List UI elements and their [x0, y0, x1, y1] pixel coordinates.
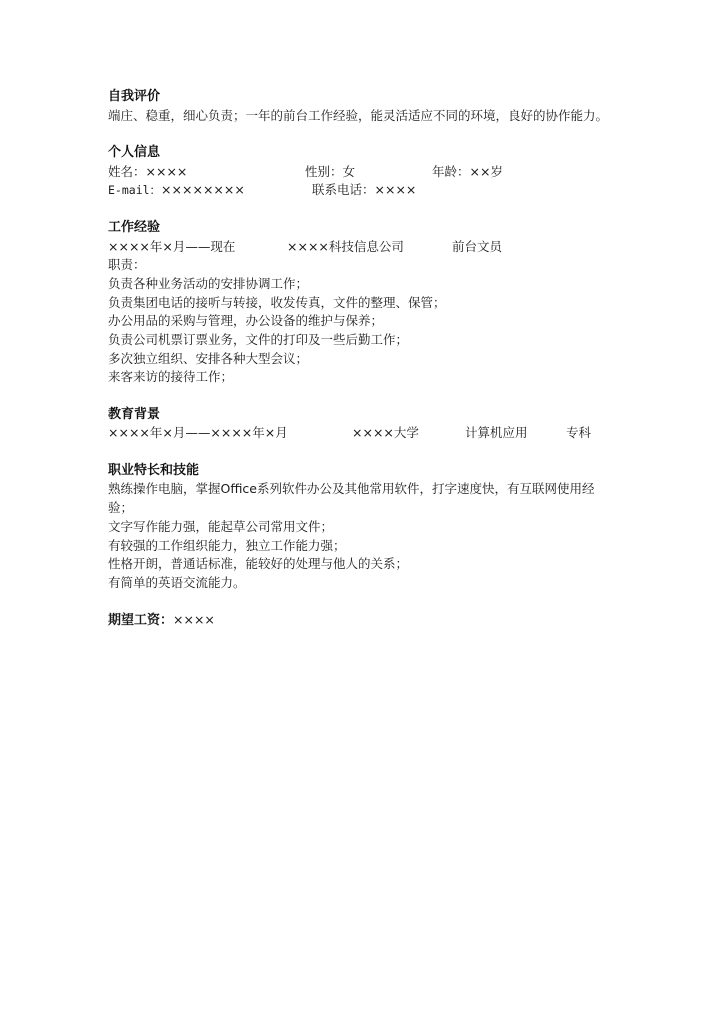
self-evaluation-text: 端庄、稳重，细心负责；一年的前台工作经验，能灵活适应不同的环境，良好的协作能力。	[108, 107, 648, 126]
personal-info-row-1: 姓名：×××× 性别：女 年龄：××岁	[108, 163, 648, 182]
self-evaluation-section: 自我评价 端庄、稳重，细心负责；一年的前台工作经验，能灵活适应不同的环境，良好的…	[108, 88, 648, 125]
duty-item: 办公用品的采购与管理，办公设备的维护与保养；	[108, 312, 648, 331]
work-period: ××××年×月——现在	[108, 238, 235, 257]
self-evaluation-heading: 自我评价	[108, 88, 648, 107]
education-heading: 教育背景	[108, 406, 648, 425]
education-school: ××××大学	[352, 424, 419, 443]
phone-field: 联系电话：××××	[312, 181, 416, 200]
skill-item: 有较强的工作组织能力，独立工作能力强；	[108, 537, 648, 556]
expected-salary: 期望工资：××××	[108, 611, 648, 630]
email-field: E-mail：××××××××	[108, 181, 245, 200]
skills-section: 职业特长和技能 熟练操作电脑，掌握Office系列软件办公及其他常用软件，打字速…	[108, 462, 648, 593]
education-section: 教育背景 ××××年×月——××××年×月 ××××大学 计算机应用 专科	[108, 406, 648, 443]
name-field: 姓名：××××	[108, 163, 187, 182]
duty-item: 多次独立组织、安排各种大型会议；	[108, 350, 648, 369]
education-major: 计算机应用	[465, 424, 528, 443]
skills-heading: 职业特长和技能	[108, 462, 648, 481]
work-experience-heading: 工作经验	[108, 219, 648, 238]
work-company: ××××科技信息公司	[287, 238, 404, 257]
age-field: 年龄：××岁	[432, 163, 503, 182]
duty-item: 来客来访的接待工作；	[108, 368, 648, 387]
work-position: 前台文员	[452, 238, 502, 257]
duty-item: 负责公司机票订票业务，文件的打印及一些后勤工作；	[108, 331, 648, 350]
education-degree: 专科	[566, 424, 591, 443]
personal-info-row-2: E-mail：×××××××× 联系电话：××××	[108, 181, 648, 200]
salary-label: 期望工资：	[108, 613, 173, 628]
skill-item: 文字写作能力强，能起草公司常用文件；	[108, 518, 648, 537]
email-label: E-mail：	[108, 183, 161, 197]
duty-item: 负责各种业务活动的安排协调工作；	[108, 275, 648, 294]
work-experience-section: 工作经验 ××××年×月——现在 ××××科技信息公司 前台文员 职责： 负责各…	[108, 219, 648, 387]
personal-info-heading: 个人信息	[108, 144, 648, 163]
email-value: ××××××××	[161, 182, 245, 197]
duty-item: 负责集团电话的接听与转接，收发传真，文件的整理、保管；	[108, 294, 648, 313]
salary-value: ××××	[173, 612, 215, 627]
work-experience-summary: ××××年×月——现在 ××××科技信息公司 前台文员	[108, 238, 648, 257]
skill-item: 性格开朗，普通话标准，能较好的处理与他人的关系；	[108, 555, 648, 574]
duties-label: 职责：	[108, 256, 648, 275]
personal-info-section: 个人信息 姓名：×××× 性别：女 年龄：××岁 E-mail：××××××××…	[108, 144, 648, 200]
education-row: ××××年×月——××××年×月 ××××大学 计算机应用 专科	[108, 424, 648, 443]
gender-field: 性别：女	[305, 163, 355, 182]
resume-page: 自我评价 端庄、稳重，细心负责；一年的前台工作经验，能灵活适应不同的环境，良好的…	[108, 88, 648, 630]
skill-item: 有简单的英语交流能力。	[108, 574, 648, 593]
skill-item: 熟练操作电脑，掌握Office系列软件办公及其他常用软件，打字速度快，有互联网使…	[108, 480, 616, 517]
education-period: ××××年×月——××××年×月	[108, 424, 288, 443]
